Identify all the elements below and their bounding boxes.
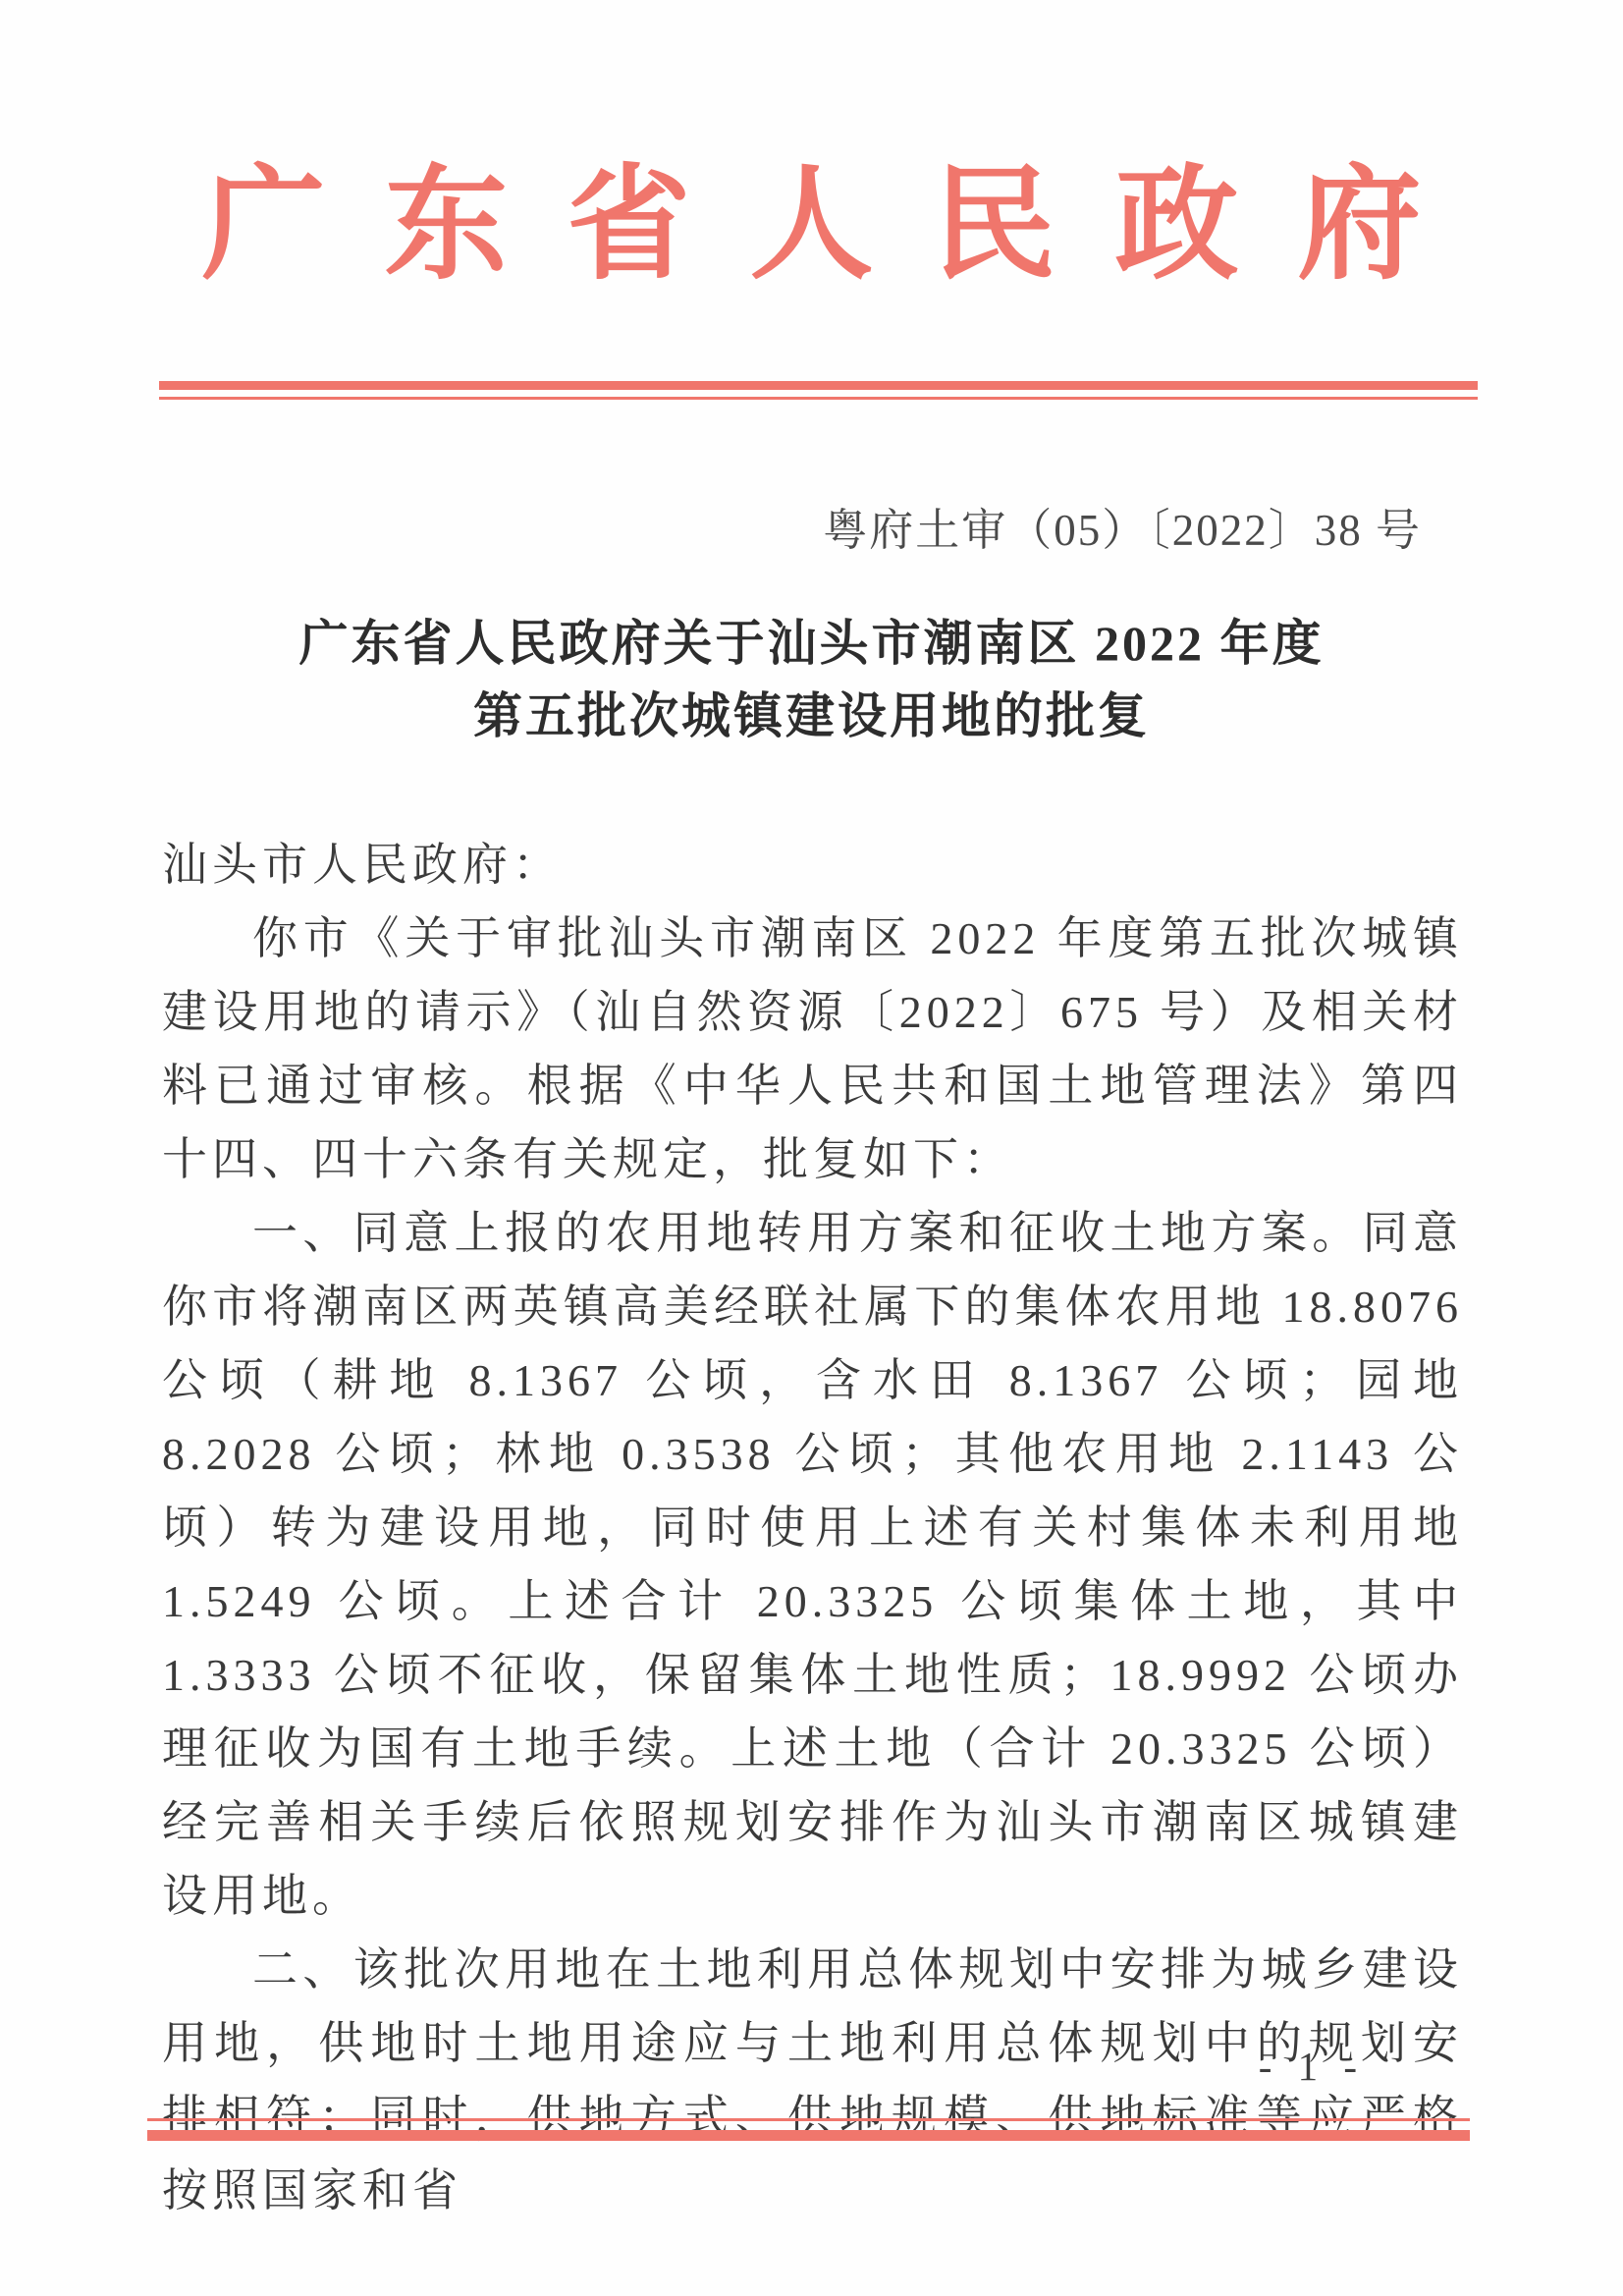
footer-rule-thick (147, 2130, 1470, 2141)
footer-rule-thin (147, 2118, 1470, 2121)
doc-number: 粤府土审（05）〔2022〕38 号 (823, 494, 1422, 558)
letterhead-rule-thick (159, 381, 1478, 390)
doc-title-line1: 广东省人民政府关于汕头市潮南区 2022 年度 (0, 607, 1623, 680)
paragraph-intro: 你市《关于审批汕头市潮南区 2022 年度第五批次城镇建设用地的请示》（汕自然资… (162, 902, 1463, 1196)
doc-body: 汕头市人民政府： 你市《关于审批汕头市潮南区 2022 年度第五批次城镇建设用地… (162, 828, 1463, 2227)
doc-title-line2: 第五批次城镇建设用地的批复 (0, 680, 1623, 752)
letterhead-rule-thin (159, 397, 1478, 400)
letterhead-org-name: 广东省人民政府 (0, 126, 1623, 303)
salutation: 汕头市人民政府： (162, 828, 1463, 902)
page-number: - 1 - (1259, 2043, 1365, 2090)
paragraph-item-1: 一、同意上报的农用地转用方案和征收土地方案。同意你市将潮南区两英镇高美经联社属下… (162, 1196, 1463, 1933)
document-page: 广东省人民政府 粤府土审（05）〔2022〕38 号 广东省人民政府关于汕头市潮… (0, 0, 1623, 2296)
doc-title: 广东省人民政府关于汕头市潮南区 2022 年度 第五批次城镇建设用地的批复 (0, 607, 1623, 752)
